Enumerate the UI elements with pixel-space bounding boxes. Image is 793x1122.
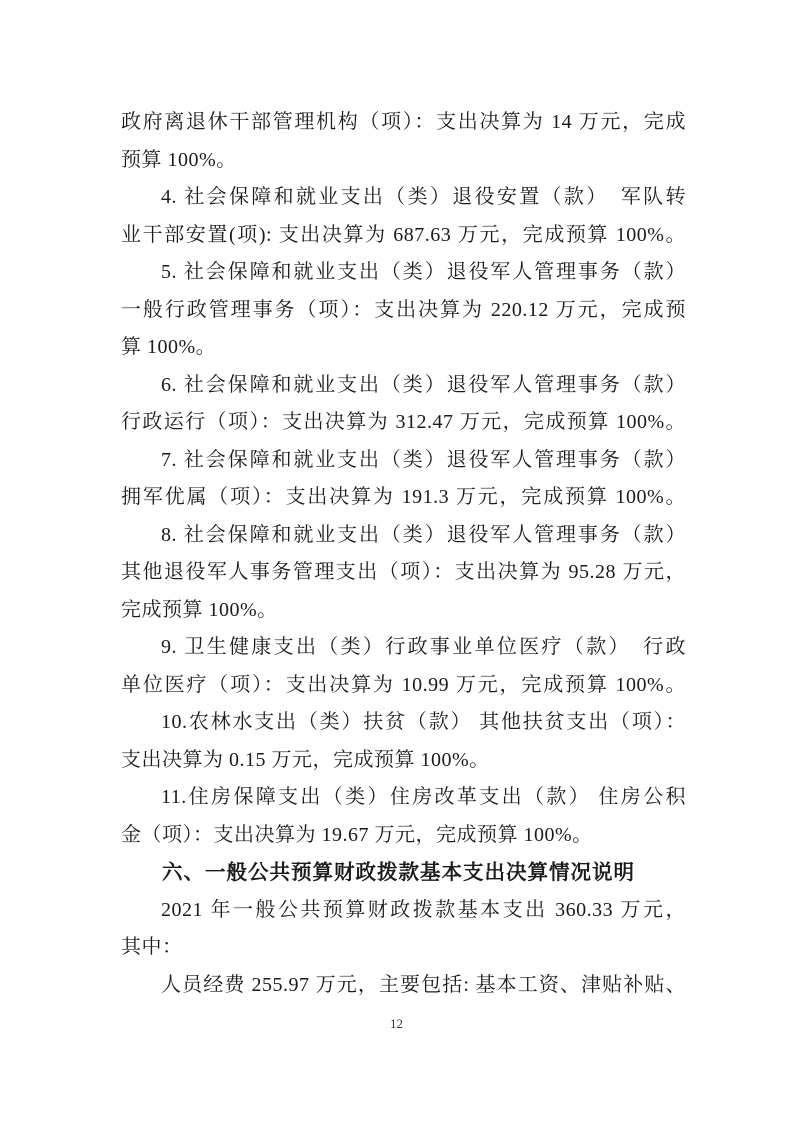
body-line: 人员经费 255.97 万元，主要包括: 基本工资、津贴补贴、 xyxy=(121,967,686,1005)
body-line: 10.农林水支出（类）扶贫（款） 其他扶贫支出（项）： xyxy=(121,704,686,742)
page-number: 12 xyxy=(0,1014,793,1034)
section-heading: 六、一般公共预算财政拨款基本支出决算情况说明 xyxy=(121,854,686,892)
body-line: 9. 卫生健康支出（类）行政事业单位医疗（款） 行政 xyxy=(121,629,686,667)
body-line: 一般行政管理事务（项）：支出决算为 220.12 万元，完成预 xyxy=(121,292,686,330)
body-line: 2021 年一般公共预算财政拨款基本支出 360.33 万元， xyxy=(121,892,686,930)
body-line: 金（项）：支出决算为 19.67 万元，完成预算 100%。 xyxy=(121,817,686,855)
body-line: 政府离退休干部管理机构（项）：支出决算为 14 万元，完成 xyxy=(121,104,686,142)
body-line: 算 100%。 xyxy=(121,329,686,367)
body-line: 8. 社会保障和就业支出（类）退役军人管理事务（款） xyxy=(121,517,686,555)
body-line: 业干部安置(项): 支出决算为 687.63 万元，完成预算 100%。 xyxy=(121,217,686,255)
body-line: 6. 社会保障和就业支出（类）退役军人管理事务（款） xyxy=(121,367,686,405)
body-line: 7. 社会保障和就业支出（类）退役军人管理事务（款） xyxy=(121,442,686,480)
body-line: 5. 社会保障和就业支出（类）退役军人管理事务（款） xyxy=(121,254,686,292)
body-line: 拥军优属（项）：支出决算为 191.3 万元，完成预算 100%。 xyxy=(121,479,686,517)
body-line: 其中： xyxy=(121,929,686,967)
document-body: 政府离退休干部管理机构（项）：支出决算为 14 万元，完成 预算 100%。 4… xyxy=(121,104,686,1004)
body-line: 11.住房保障支出（类）住房改革支出（款） 住房公积 xyxy=(121,779,686,817)
document-page: 政府离退休干部管理机构（项）：支出决算为 14 万元，完成 预算 100%。 4… xyxy=(0,0,793,1122)
body-line: 行政运行（项）：支出决算为 312.47 万元，完成预算 100%。 xyxy=(121,404,686,442)
body-line: 4. 社会保障和就业支出（类）退役安置（款） 军队转 xyxy=(121,179,686,217)
body-line: 单位医疗（项）：支出决算为 10.99 万元，完成预算 100%。 xyxy=(121,667,686,705)
body-line: 预算 100%。 xyxy=(121,142,686,180)
body-line: 其他退役军人事务管理支出（项）：支出决算为 95.28 万元， xyxy=(121,554,686,592)
body-line: 支出决算为 0.15 万元，完成预算 100%。 xyxy=(121,742,686,780)
body-line: 完成预算 100%。 xyxy=(121,592,686,630)
